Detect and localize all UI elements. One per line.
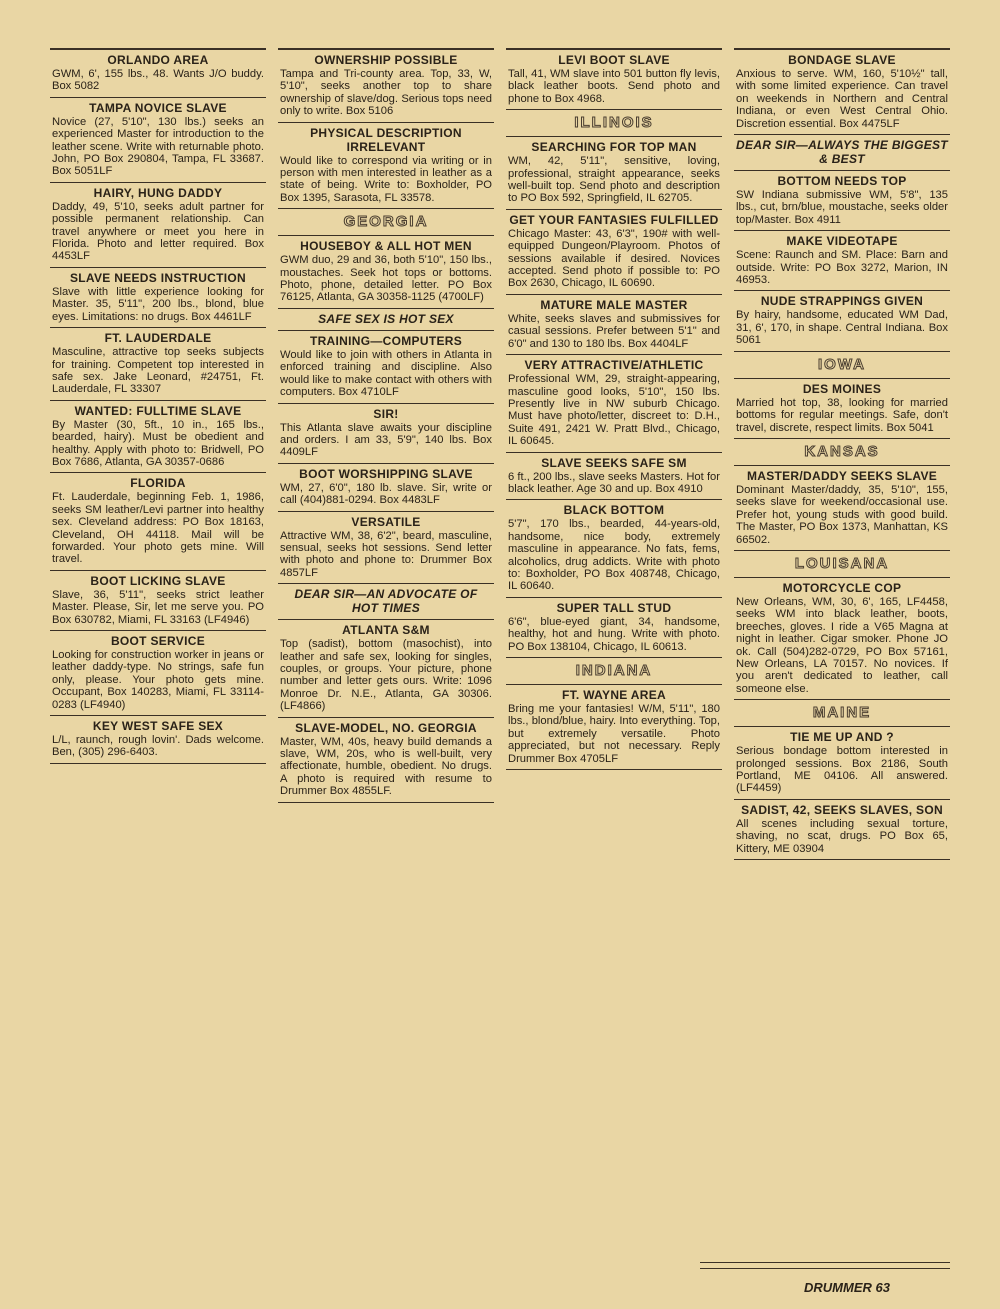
magazine-name: DRUMMER	[804, 1280, 872, 1295]
ad-body: Slave, 36, 5'11", seeks strict leather M…	[52, 589, 264, 626]
classified-ad: KEY WEST SAFE SEXL/L, raunch, rough lovi…	[50, 716, 266, 764]
ad-title: FT. WAYNE AREA	[508, 688, 720, 702]
ad-body: Would like to join with others in Atlant…	[280, 349, 492, 399]
ad-title: MATURE MALE MASTER	[508, 298, 720, 312]
state-header: INDIANA	[506, 658, 722, 685]
classified-ad: TIE ME UP AND ?Serious bondage bottom in…	[734, 727, 950, 800]
ad-title: SEARCHING FOR TOP MAN	[508, 140, 720, 154]
ad-body: GWM duo, 29 and 36, both 5'10", 150 lbs.…	[280, 254, 492, 304]
ad-body: Top (sadist), bottom (masochist), into l…	[280, 638, 492, 712]
classified-ad: WANTED: FULLTIME SLAVEBy Master (30, 5ft…	[50, 401, 266, 474]
state-name: IOWA	[818, 356, 866, 373]
ad-body: Slave with little experience looking for…	[52, 286, 264, 323]
ad-body: Would like to correspond via writing or …	[280, 155, 492, 205]
footer-rule	[700, 1268, 950, 1269]
state-name: GEORGIA	[344, 213, 429, 230]
ad-title: TRAINING—COMPUTERS	[280, 334, 492, 348]
ad-title: VERY ATTRACTIVE/ATHLETIC	[508, 358, 720, 372]
classified-ad: ORLANDO AREAGWM, 6', 155 lbs., 48. Wants…	[50, 50, 266, 98]
ad-title: HAIRY, HUNG DADDY	[52, 186, 264, 200]
ad-body: Scene: Raunch and SM. Place: Barn and ou…	[736, 249, 948, 286]
ad-title: BONDAGE SLAVE	[736, 53, 948, 67]
ad-body: By Master (30, 5ft., 10 in., 165 lbs., b…	[52, 419, 264, 469]
classified-ad: DEAR SIR—ALWAYS THE BIGGEST & BEST	[734, 135, 950, 171]
classified-ad: BOTTOM NEEDS TOPSW Indiana submissive WM…	[734, 171, 950, 231]
classified-ad: GET YOUR FANTASIES FULFILLEDChicago Mast…	[506, 210, 722, 295]
ad-title: KEY WEST SAFE SEX	[52, 719, 264, 733]
ad-body: Masculine, attractive top seeks subjects…	[52, 346, 264, 396]
classified-ad: BONDAGE SLAVEAnxious to serve. WM, 160, …	[734, 50, 950, 135]
ad-title: DEAR SIR—AN ADVOCATE OF HOT TIMES	[280, 587, 492, 615]
ad-body: Novice (27, 5'10", 130 lbs.) seeks an ex…	[52, 116, 264, 178]
ad-body: Anxious to serve. WM, 160, 5'10½" tall, …	[736, 68, 948, 130]
ad-body: WM, 27, 6'0", 180 lb. slave. Sir, write …	[280, 482, 492, 507]
ad-title: NUDE STRAPPINGS GIVEN	[736, 294, 948, 308]
ad-body: Dominant Master/daddy, 35, 5'10", 155, s…	[736, 484, 948, 546]
ad-body: Tampa and Tri-county area. Top, 33, W, 5…	[280, 68, 492, 118]
state-name: ILLINOIS	[574, 114, 653, 131]
classified-ad: BOOT LICKING SLAVESlave, 36, 5'11", seek…	[50, 571, 266, 631]
ad-body: L/L, raunch, rough lovin'. Dads welcome.…	[52, 734, 264, 759]
classified-ad: SADIST, 42, SEEKS SLAVES, SONAll scenes …	[734, 800, 950, 860]
classified-ad: FLORIDAFt. Lauderdale, beginning Feb. 1,…	[50, 473, 266, 570]
footer-rule	[700, 1262, 950, 1263]
column-3: LEVI BOOT SLAVETall, 41, WM slave into 5…	[506, 48, 722, 1263]
classified-ad: NUDE STRAPPINGS GIVENBy hairy, handsome,…	[734, 291, 950, 351]
state-header: ILLINOIS	[506, 110, 722, 137]
state-header: IOWA	[734, 352, 950, 379]
classified-ad: LEVI BOOT SLAVETall, 41, WM slave into 5…	[506, 50, 722, 110]
ad-title: MAKE VIDEOTAPE	[736, 234, 948, 248]
ad-title: SLAVE NEEDS INSTRUCTION	[52, 271, 264, 285]
ad-body: Bring me your fantasies! W/M, 5'11", 180…	[508, 703, 720, 765]
ad-body: GWM, 6', 155 lbs., 48. Wants J/O buddy. …	[52, 68, 264, 93]
ad-body: SW Indiana submissive WM, 5'8", 135 lbs.…	[736, 189, 948, 226]
classifieds-page: ORLANDO AREAGWM, 6', 155 lbs., 48. Wants…	[50, 48, 950, 1263]
classified-ad: TRAINING—COMPUTERSWould like to join wit…	[278, 331, 494, 404]
state-name: MAINE	[813, 704, 871, 721]
state-name: INDIANA	[576, 662, 653, 679]
ad-title: TIE ME UP AND ?	[736, 730, 948, 744]
ad-title: LEVI BOOT SLAVE	[508, 53, 720, 67]
ad-title: MASTER/DADDY SEEKS SLAVE	[736, 469, 948, 483]
ad-body: Tall, 41, WM slave into 501 button fly l…	[508, 68, 720, 105]
ad-title: FLORIDA	[52, 476, 264, 490]
ad-title: OWNERSHIP POSSIBLE	[280, 53, 492, 67]
classified-ad: SAFE SEX IS HOT SEX	[278, 309, 494, 331]
ad-title: BLACK BOTTOM	[508, 503, 720, 517]
ad-title: SUPER TALL STUD	[508, 601, 720, 615]
state-header: GEORGIA	[278, 209, 494, 236]
state-header: KANSAS	[734, 439, 950, 466]
ad-title: BOTTOM NEEDS TOP	[736, 174, 948, 188]
classified-ad: BOOT WORSHIPPING SLAVEWM, 27, 6'0", 180 …	[278, 464, 494, 512]
ad-title: SLAVE-MODEL, NO. GEORGIA	[280, 721, 492, 735]
classified-ad: DEAR SIR—AN ADVOCATE OF HOT TIMES	[278, 584, 494, 620]
ad-body: White, seeks slaves and submissives for …	[508, 313, 720, 350]
page-footer: DRUMMER 63	[804, 1280, 890, 1295]
classified-ad: SLAVE SEEKS SAFE SM6 ft., 200 lbs., slav…	[506, 453, 722, 501]
ad-title: HOUSEBOY & ALL HOT MEN	[280, 239, 492, 253]
ad-title: MOTORCYCLE COP	[736, 581, 948, 595]
ad-title: TAMPA NOVICE SLAVE	[52, 101, 264, 115]
ad-body: Chicago Master: 43, 6'3", 190# with well…	[508, 228, 720, 290]
ad-title: BOOT LICKING SLAVE	[52, 574, 264, 588]
ad-body: WM, 42, 5'11", sensitive, loving, profes…	[508, 155, 720, 205]
classified-ad: SEARCHING FOR TOP MANWM, 42, 5'11", sens…	[506, 137, 722, 210]
ad-title: SAFE SEX IS HOT SEX	[280, 312, 492, 326]
ad-body: Looking for construction worker in jeans…	[52, 649, 264, 711]
classified-ad: FT. LAUDERDALEMasculine, attractive top …	[50, 328, 266, 401]
classified-ad: MATURE MALE MASTERWhite, seeks slaves an…	[506, 295, 722, 355]
classified-ad: MAKE VIDEOTAPEScene: Raunch and SM. Plac…	[734, 231, 950, 291]
classified-ad: MOTORCYCLE COPNew Orleans, WM, 30, 6', 1…	[734, 578, 950, 700]
ad-body: All scenes including sexual torture, sha…	[736, 818, 948, 855]
state-name: KANSAS	[804, 443, 879, 460]
classified-ad: VERSATILEAttractive WM, 38, 6'2", beard,…	[278, 512, 494, 585]
classified-ad: ATLANTA S&MTop (sadist), bottom (masochi…	[278, 620, 494, 717]
ad-body: Ft. Lauderdale, beginning Feb. 1, 1986, …	[52, 491, 264, 565]
state-header: LOUISANA	[734, 551, 950, 578]
classified-ad: TAMPA NOVICE SLAVENovice (27, 5'10", 130…	[50, 98, 266, 183]
ad-title: SLAVE SEEKS SAFE SM	[508, 456, 720, 470]
classified-ad: SLAVE-MODEL, NO. GEORGIAMaster, WM, 40s,…	[278, 718, 494, 803]
ad-body: 6 ft., 200 lbs., slave seeks Masters. Ho…	[508, 471, 720, 496]
classified-ad: HAIRY, HUNG DADDYDaddy, 49, 5'10, seeks …	[50, 183, 266, 268]
state-name: LOUISANA	[795, 555, 889, 572]
ad-body: New Orleans, WM, 30, 6', 165, LF4458, se…	[736, 596, 948, 695]
classified-ad: PHYSICAL DESCRIPTION IRRELEVANTWould lik…	[278, 123, 494, 210]
ad-title: DEAR SIR—ALWAYS THE BIGGEST & BEST	[736, 138, 948, 166]
ad-title: WANTED: FULLTIME SLAVE	[52, 404, 264, 418]
ad-body: 6'6", blue-eyed giant, 34, handsome, hea…	[508, 616, 720, 653]
ad-title: DES MOINES	[736, 382, 948, 396]
ad-title: ORLANDO AREA	[52, 53, 264, 67]
ad-title: VERSATILE	[280, 515, 492, 529]
ad-title: ATLANTA S&M	[280, 623, 492, 637]
classified-ad: SLAVE NEEDS INSTRUCTIONSlave with little…	[50, 268, 266, 328]
column-4: BONDAGE SLAVEAnxious to serve. WM, 160, …	[734, 48, 950, 1263]
column-2: OWNERSHIP POSSIBLETampa and Tri-county a…	[278, 48, 494, 1263]
ad-body: Daddy, 49, 5'10, seeks adult partner for…	[52, 201, 264, 263]
classified-ad: FT. WAYNE AREABring me your fantasies! W…	[506, 685, 722, 770]
ad-body: Serious bondage bottom interested in pro…	[736, 745, 948, 795]
classified-ad: BLACK BOTTOM5'7", 170 lbs., bearded, 44-…	[506, 500, 722, 597]
ad-body: Master, WM, 40s, heavy build demands a s…	[280, 736, 492, 798]
page-number: 63	[876, 1280, 890, 1295]
classified-ad: HOUSEBOY & ALL HOT MENGWM duo, 29 and 36…	[278, 236, 494, 309]
ad-body: Attractive WM, 38, 6'2", beard, masculin…	[280, 530, 492, 580]
ad-title: SIR!	[280, 407, 492, 421]
classified-ad: BOOT SERVICELooking for construction wor…	[50, 631, 266, 716]
ad-body: This Atlanta slave awaits your disciplin…	[280, 422, 492, 459]
classified-ad: DES MOINESMarried hot top, 38, looking f…	[734, 379, 950, 439]
state-header: MAINE	[734, 700, 950, 727]
ad-title: GET YOUR FANTASIES FULFILLED	[508, 213, 720, 227]
ad-title: FT. LAUDERDALE	[52, 331, 264, 345]
classified-ad: VERY ATTRACTIVE/ATHLETICProfessional WM,…	[506, 355, 722, 452]
ad-title: SADIST, 42, SEEKS SLAVES, SON	[736, 803, 948, 817]
ad-body: Professional WM, 29, straight-appearing,…	[508, 373, 720, 447]
classified-ad: SIR!This Atlanta slave awaits your disci…	[278, 404, 494, 464]
ad-body: Married hot top, 38, looking for married…	[736, 397, 948, 434]
column-1: ORLANDO AREAGWM, 6', 155 lbs., 48. Wants…	[50, 48, 266, 1263]
ad-body: 5'7", 170 lbs., bearded, 44-years-old, h…	[508, 518, 720, 592]
ad-body: By hairy, handsome, educated WM Dad, 31,…	[736, 309, 948, 346]
classified-ad: SUPER TALL STUD6'6", blue-eyed giant, 34…	[506, 598, 722, 658]
ad-title: BOOT WORSHIPPING SLAVE	[280, 467, 492, 481]
classified-ad: MASTER/DADDY SEEKS SLAVEDominant Master/…	[734, 466, 950, 551]
ad-title: BOOT SERVICE	[52, 634, 264, 648]
ad-title: PHYSICAL DESCRIPTION IRRELEVANT	[280, 126, 492, 154]
classified-ad: OWNERSHIP POSSIBLETampa and Tri-county a…	[278, 50, 494, 123]
